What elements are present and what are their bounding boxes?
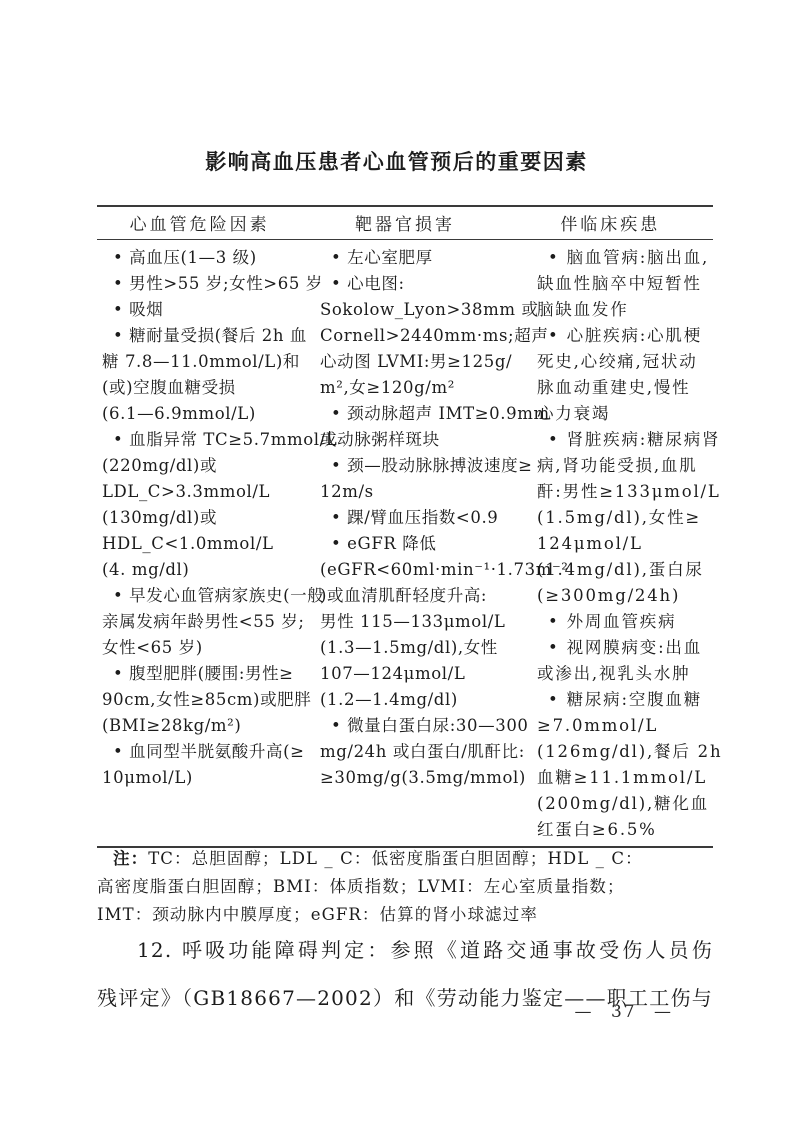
abbreviation-note: 注：TC：总胆固醇；LDL _ C：低密度脂蛋白胆固醇；HDL _ C： 高密度… bbox=[97, 845, 713, 929]
table-cell-line: • 心脏疾病:心肌梗 bbox=[537, 323, 713, 349]
table-cell-line: ≥30mg/g(3.5mg/mmol) bbox=[320, 765, 537, 791]
table-cell-line: • 糖尿病:空腹血糖 bbox=[537, 687, 713, 713]
table-cell-line: (126mg/dl),餐后 2h bbox=[537, 739, 713, 765]
table-cell-line: • 吸烟 bbox=[102, 297, 320, 323]
table-cell-line: (或)空腹血糖受损 bbox=[102, 375, 320, 401]
table-cell-line: • 颈动脉超声 IMT≥0.9mm bbox=[320, 401, 537, 427]
table-cell-line: • 视网膜病变:出血 bbox=[537, 635, 713, 661]
table-cell-line: 红蛋白≥6.5% bbox=[537, 817, 713, 843]
table-cell-line: )或血清肌酐轻度升高: bbox=[320, 583, 537, 609]
table-cell-line: (1.2—1.4mg/dl) bbox=[320, 687, 537, 713]
table-body: • 高血压(1—3 级)• 男性>55 岁;女性>65 岁• 吸烟• 糖耐量受损… bbox=[97, 240, 713, 848]
table-cell-line: Cornell>2440mm·ms;超声 bbox=[320, 323, 537, 349]
table-cell-line: • eGFR 降低 bbox=[320, 531, 537, 557]
table-cell-line: 男性 115—133μmol/L bbox=[320, 609, 537, 635]
table-cell-line: (1.3—1.5mg/dl),女性 bbox=[320, 635, 537, 661]
page-number: — 37 — bbox=[575, 1002, 673, 1022]
note-label: 注： bbox=[113, 849, 148, 868]
table-cell-line: • 高血压(1—3 级) bbox=[102, 245, 320, 271]
note-line: 注：TC：总胆固醇；LDL _ C：低密度脂蛋白胆固醇；HDL _ C： bbox=[97, 845, 713, 873]
table-column-risk-factors: • 高血压(1—3 级)• 男性>55 岁;女性>65 岁• 吸烟• 糖耐量受损… bbox=[97, 245, 320, 843]
table-cell-line: 死史,心绞痛,冠状动 bbox=[537, 349, 713, 375]
table-cell-line: 124μmol/L bbox=[537, 531, 713, 557]
table-header-risk-factors: 心血管危险因素 bbox=[97, 207, 302, 239]
note-line: 高密度脂蛋白胆固醇；BMI：体质指数；LVMI：左心室质量指数； bbox=[97, 873, 713, 901]
table-cell-line: 亲属发病年龄男性<55 岁; bbox=[102, 609, 320, 635]
table-cell-line: • 早发心血管病家族史(一般 bbox=[102, 583, 320, 609]
note-line: IMT：颈动脉内中膜厚度；eGFR：估算的肾小球滤过率 bbox=[97, 901, 713, 929]
table-cell-line: 病,肾功能受损,血肌 bbox=[537, 453, 713, 479]
table-cell-line: 血糖≥11.1mmol/L bbox=[537, 765, 713, 791]
table-cell-line: Sokolow_Lyon>38mm 或 bbox=[320, 297, 537, 323]
page-title: 影响高血压患者心血管预后的重要因素 bbox=[0, 146, 793, 176]
table-cell-line: 酐:男性≥133μmol/L bbox=[537, 479, 713, 505]
table-cell-line: 脉血动重建史,慢性 bbox=[537, 375, 713, 401]
table-cell-line: 10μmol/L) bbox=[102, 765, 320, 791]
table-cell-line: LDL_C>3.3mmol/L bbox=[102, 479, 320, 505]
table-cell-line: 心动图 LVMI:男≥125g/ bbox=[320, 349, 537, 375]
table-header-clinical-disease: 伴临床疾患 bbox=[508, 207, 713, 239]
table-cell-line: • 血脂异常 TC≥5.7mmol/L bbox=[102, 427, 320, 453]
table-cell-line: 12m/s bbox=[320, 479, 537, 505]
table-cell-line: (1.5mg/dl),女性≥ bbox=[537, 505, 713, 531]
table-cell-line: 或渗出,视乳头水肿 bbox=[537, 661, 713, 687]
table-cell-line: • 腹型肥胖(腰围:男性≥ bbox=[102, 661, 320, 687]
table-cell-line: • 踝/臂血压指数<0.9 bbox=[320, 505, 537, 531]
table-cell-line: • 颈—股动脉脉搏波速度≥ bbox=[320, 453, 537, 479]
table-cell-line: • 外周血管疾病 bbox=[537, 609, 713, 635]
factors-table: 心血管危险因素 靶器官损害 伴临床疾患 • 高血压(1—3 级)• 男性>55 … bbox=[97, 205, 713, 848]
table-column-clinical-disease: • 脑血管病:脑出血,缺血性脑卒中短暂性脑缺血发作• 心脏疾病:心肌梗死史,心绞… bbox=[537, 245, 713, 843]
table-cell-line: (130mg/dl)或 bbox=[102, 505, 320, 531]
document-page: 影响高血压患者心血管预后的重要因素 心血管危险因素 靶器官损害 伴临床疾患 • … bbox=[0, 0, 793, 1122]
table-cell-line: 女性<65 岁) bbox=[102, 635, 320, 661]
table-cell-line: 90cm,女性≥85cm)或肥胖 bbox=[102, 687, 320, 713]
table-cell-line: 糖 7.8—11.0mmol/L)和 bbox=[102, 349, 320, 375]
table-cell-line: (4. mg/dl) bbox=[102, 557, 320, 583]
table-cell-line: • 血同型半胱氨酸升高(≥ bbox=[102, 739, 320, 765]
table-cell-line: (BMI≥28kg/m²) bbox=[102, 713, 320, 739]
table-cell-line: 107—124μmol/L bbox=[320, 661, 537, 687]
table-cell-line: (≥300mg/24h) bbox=[537, 583, 713, 609]
paragraph-line: 12. 呼吸功能障碍判定：参照《道路交通事故受伤人员伤 bbox=[97, 926, 713, 974]
table-cell-line: • 男性>55 岁;女性>65 岁 bbox=[102, 271, 320, 297]
table-cell-line: • 肾脏疾病:糖尿病肾 bbox=[537, 427, 713, 453]
table-cell-line: (200mg/dl),糖化血 bbox=[537, 791, 713, 817]
table-cell-line: (1.4mg/dl),蛋白尿 bbox=[537, 557, 713, 583]
table-cell-line: HDL_C<1.0mmol/L bbox=[102, 531, 320, 557]
table-cell-line: ≥7.0mmol/L bbox=[537, 713, 713, 739]
table-cell-line: • 微量白蛋白尿:30—300 bbox=[320, 713, 537, 739]
table-cell-line: • 脑血管病:脑出血, bbox=[537, 245, 713, 271]
table-cell-line: • 糖耐量受损(餐后 2h 血 bbox=[102, 323, 320, 349]
table-cell-line: 心力衰竭 bbox=[537, 401, 713, 427]
note-text: TC：总胆固醇；LDL _ C：低密度脂蛋白胆固醇；HDL _ C： bbox=[148, 849, 642, 868]
table-cell-line: (220mg/dl)或 bbox=[102, 453, 320, 479]
table-cell-line: (6.1—6.9mmol/L) bbox=[102, 401, 320, 427]
table-column-organ-damage: • 左心室肥厚• 心电图:Sokolow_Lyon>38mm 或Cornell>… bbox=[320, 245, 537, 843]
table-cell-line: • 左心室肥厚 bbox=[320, 245, 537, 271]
table-cell-line: m²,女≥120g/m² bbox=[320, 375, 537, 401]
table-cell-line: 缺血性脑卒中短暂性 bbox=[537, 271, 713, 297]
table-cell-line: mg/24h 或白蛋白/肌酐比: bbox=[320, 739, 537, 765]
table-cell-line: 脑缺血发作 bbox=[537, 297, 713, 323]
table-header-organ-damage: 靶器官损害 bbox=[302, 207, 507, 239]
table-header-row: 心血管危险因素 靶器官损害 伴临床疾患 bbox=[97, 205, 713, 240]
table-cell-line: (eGFR<60ml·min⁻¹·1.73m⁻² bbox=[320, 557, 537, 583]
table-cell-line: 或动脉粥样斑块 bbox=[320, 427, 537, 453]
table-cell-line: • 心电图: bbox=[320, 271, 537, 297]
